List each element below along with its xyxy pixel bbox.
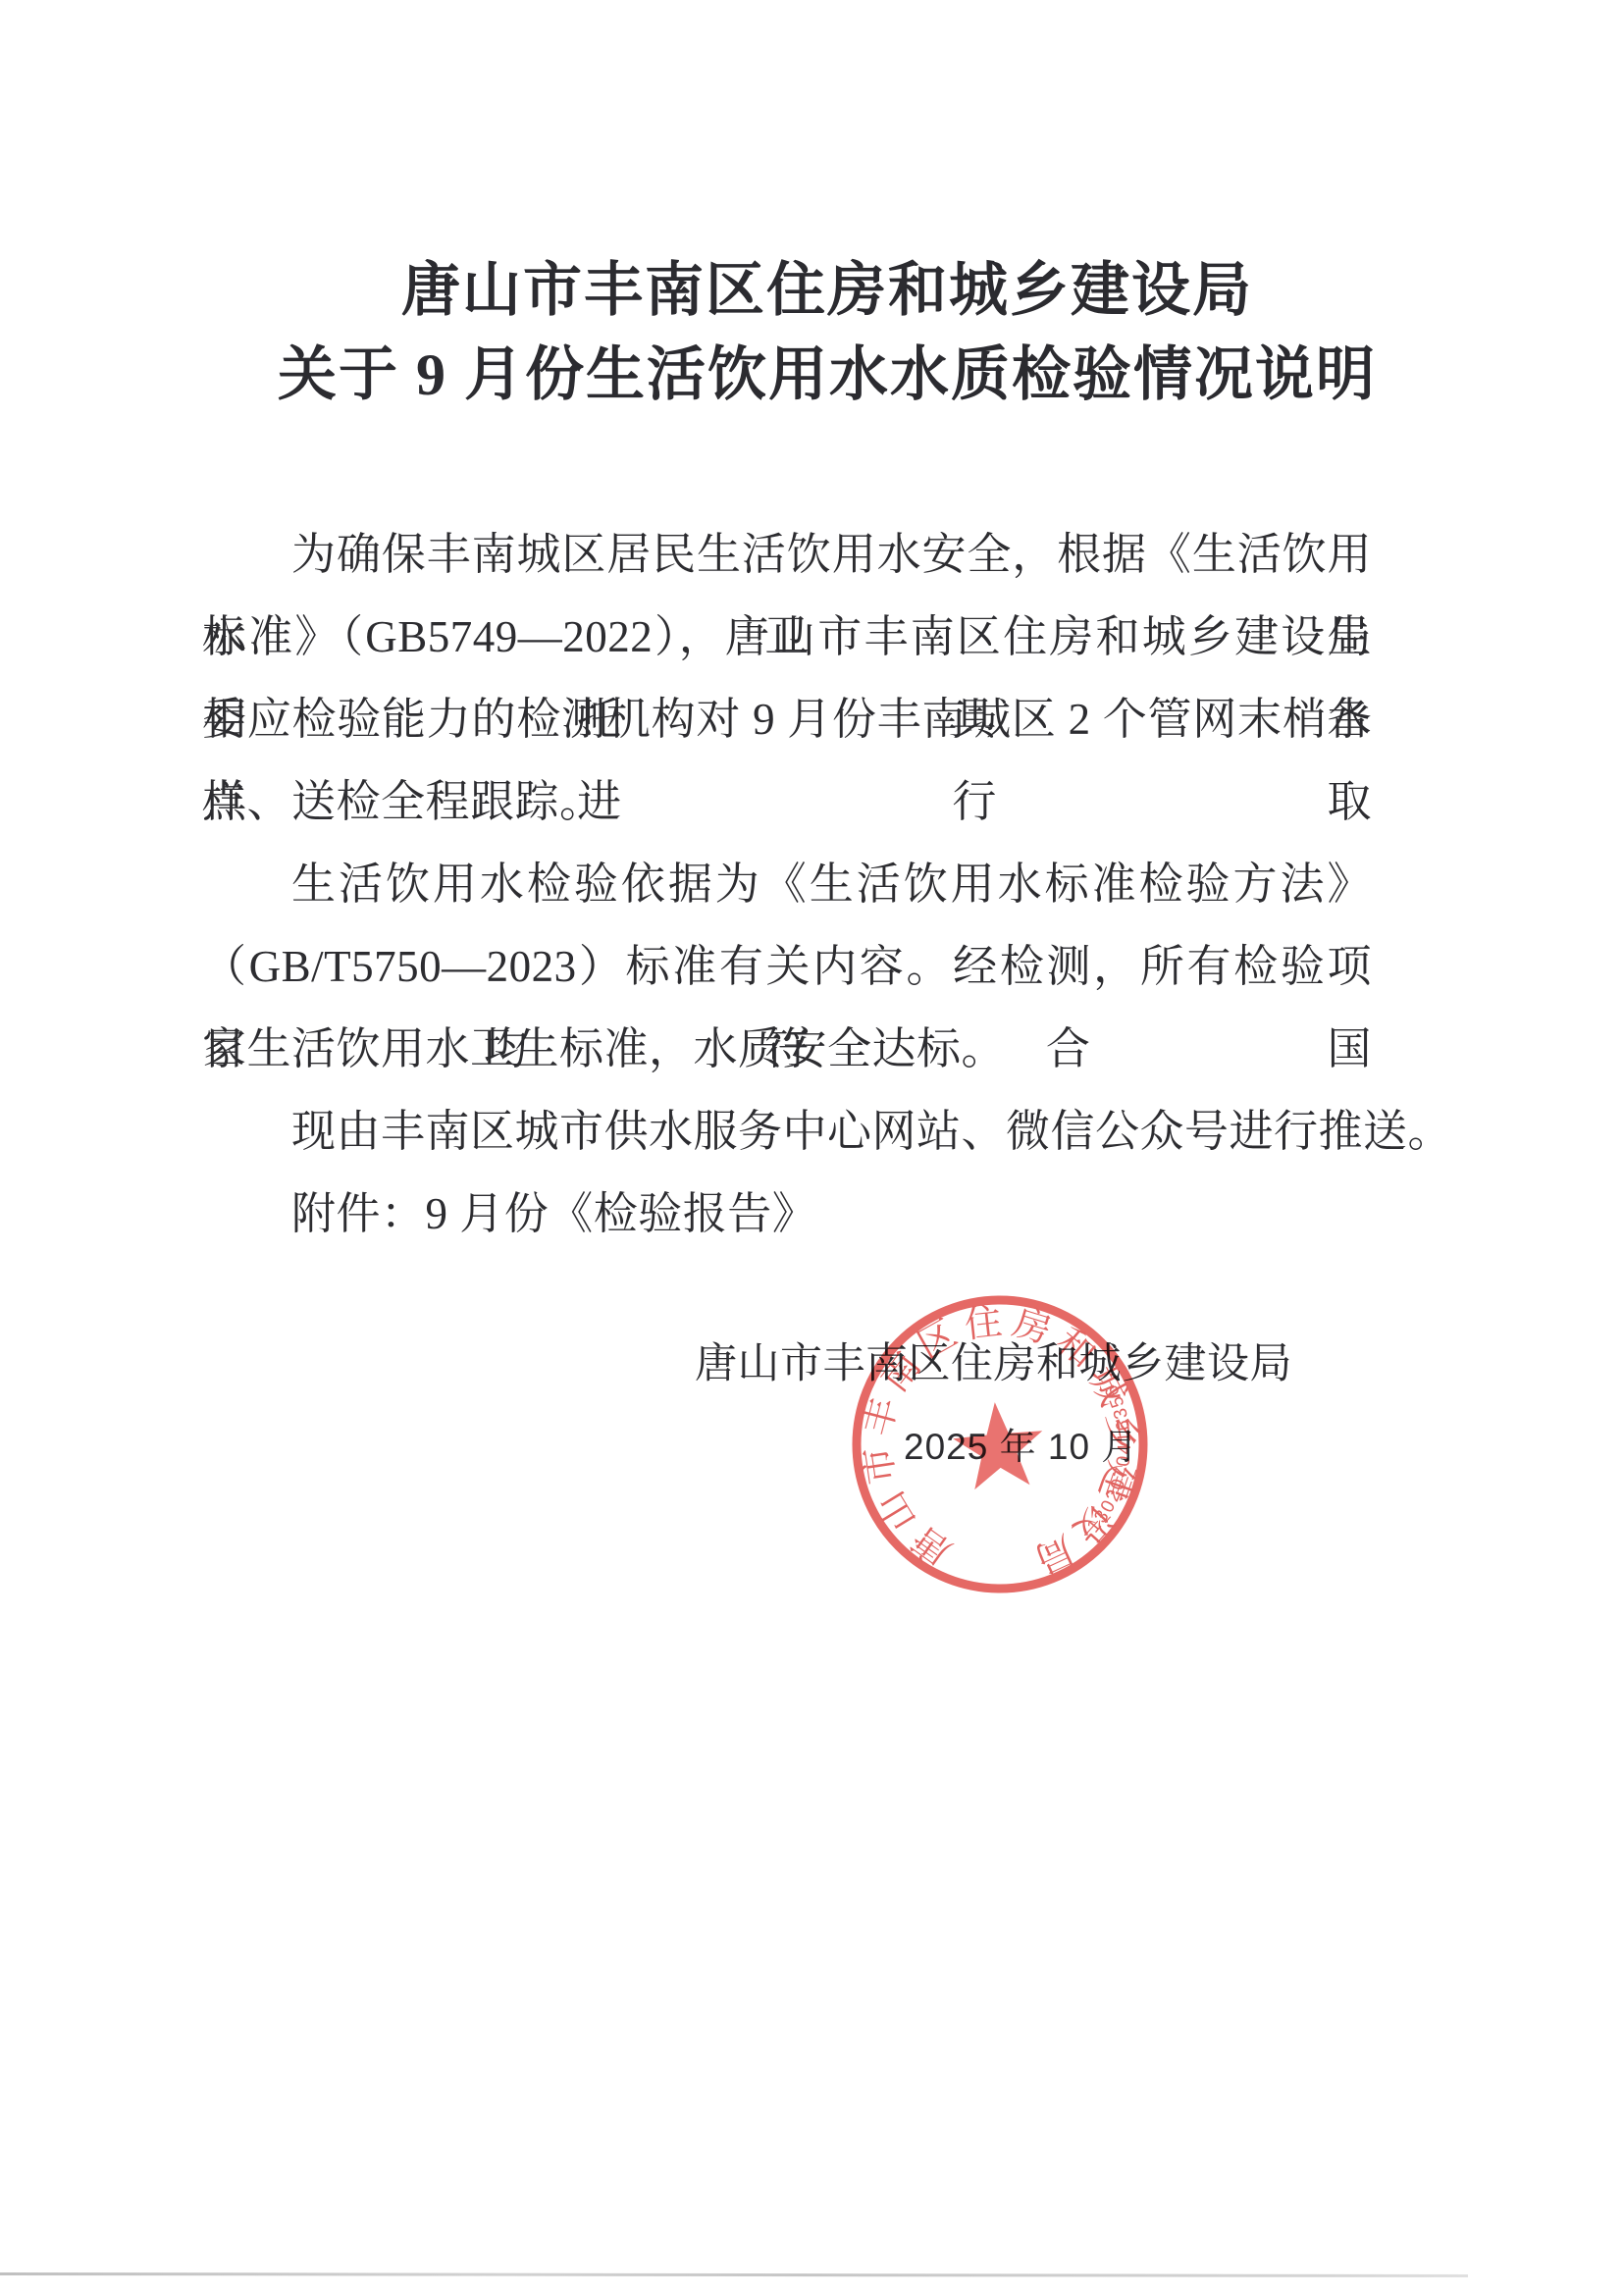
document-body: 为确保丰南城区居民生活饮用水安全，根据《生活饮用水卫生 标准》（GB5749—2… <box>202 513 1372 1255</box>
document-title: 唐山市丰南区住房和城乡建设局 关于 9 月份生活饮用水水质检验情况说明 <box>16 255 1623 424</box>
scan-edge-artifact <box>0 2272 1468 2277</box>
body-line: 为确保丰南城区居民生活饮用水安全，根据《生活饮用水卫生 <box>202 513 1372 596</box>
body-line: （GB/T5750—2023）标准有关内容。经检测，所有检验项目均符合国 <box>202 925 1372 1008</box>
document-page: 唐山市丰南区住房和城乡建设局 关于 9 月份生活饮用水水质检验情况说明 为确保丰… <box>0 0 1623 2296</box>
official-seal-graphic: 唐山市丰南区住房和城乡建设局 1302070416356 <box>843 1287 1157 1601</box>
red-star-icon <box>950 1398 1047 1490</box>
official-seal: 唐山市丰南区住房和城乡建设局 1302070416356 <box>843 1287 1157 1601</box>
attachment-line: 附件：9 月份《检验报告》 <box>202 1173 1372 1255</box>
body-line: 现由丰南区城市供水服务中心网站、微信公众号进行推送。 <box>202 1090 1372 1173</box>
body-line: 生活饮用水检验依据为《生活饮用水标准检验方法》 <box>202 843 1372 925</box>
body-line: 标准》（GB5749—2022），唐山市丰南区住房和城乡建设局委托具备 <box>202 596 1372 678</box>
body-line: 相应检验能力的检测机构对 9 月份丰南城区 2 个管网末梢水点进行取 <box>202 678 1372 760</box>
title-line-1: 唐山市丰南区住房和城乡建设局 <box>16 255 1623 339</box>
title-line-2: 关于 9 月份生活饮用水水质检验情况说明 <box>16 339 1623 424</box>
